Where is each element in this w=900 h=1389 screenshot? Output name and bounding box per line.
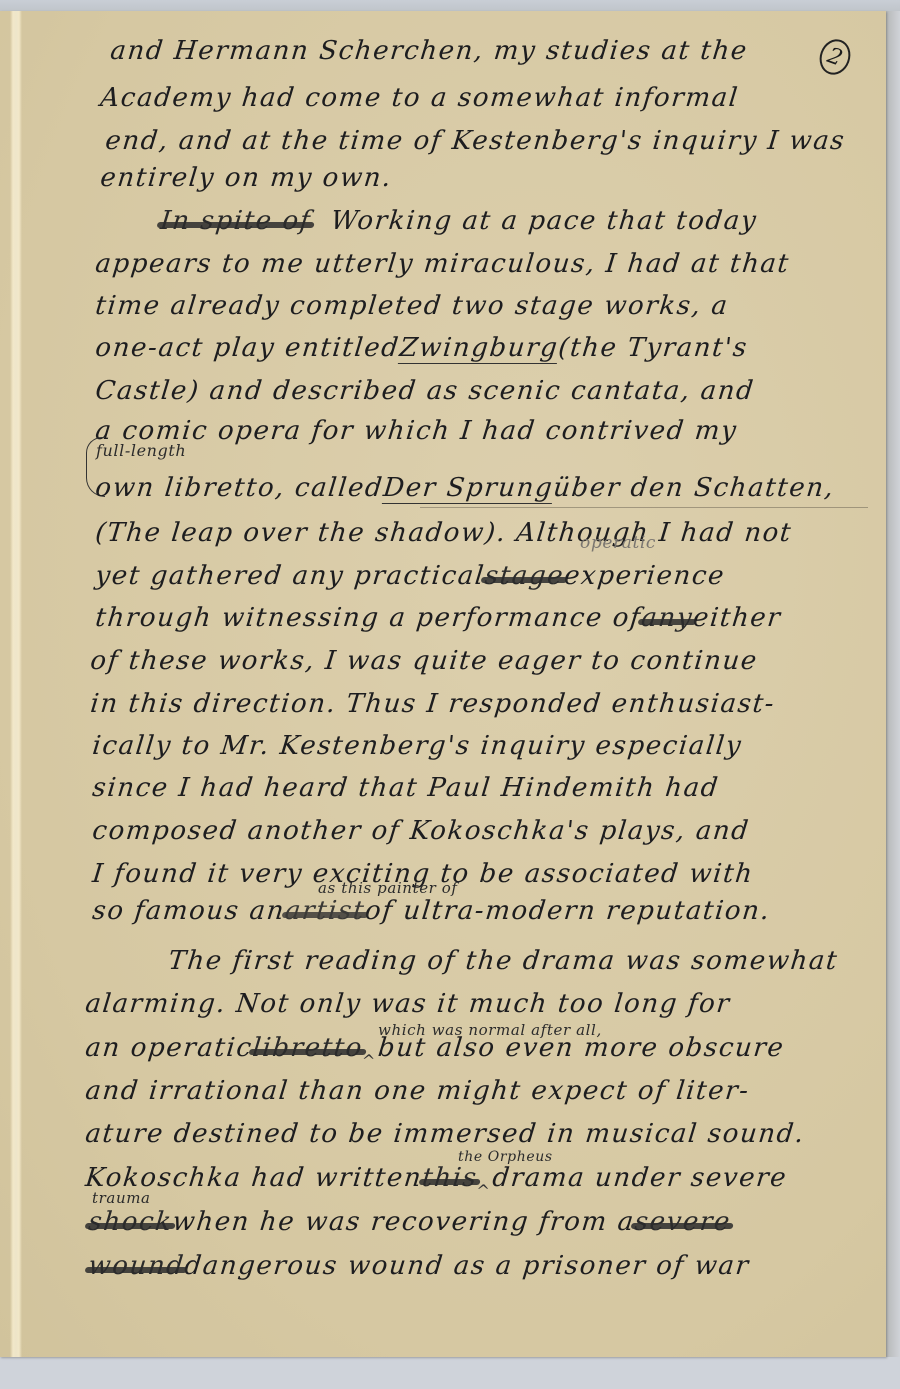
text-line-15: of these works, I was quite eager to con…	[88, 646, 900, 686]
manuscript-page: 2 and Hermann Scherchen, my studies at t…	[0, 11, 886, 1357]
text-line-18: since I had heard that Paul Hindemith ha…	[90, 773, 900, 813]
text-line-22: The first reading of the drama was somew…	[166, 946, 900, 986]
text-line-14: through witnessing a performance of any …	[93, 603, 900, 643]
struck-text: In spite of	[159, 206, 313, 236]
struck-text: wound	[87, 1251, 186, 1281]
text-line-7: time already completed two stage works, …	[93, 291, 900, 331]
insertion-caret-icon: ^	[361, 1051, 378, 1070]
text-line-13: yet gathered any practical stage experie…	[93, 561, 900, 601]
text-line-2: Academy had come to a somewhat informal	[98, 83, 900, 123]
text-line-12: (The leap over the shadow). Although I h…	[93, 518, 900, 558]
text-line-5: In spite of Working at a pace that today	[158, 206, 900, 246]
title-zwingburg: Zwingburg	[398, 333, 560, 364]
text-line-1: and Hermann Scherchen, my studies at the	[108, 36, 900, 76]
insertion-trauma: trauma	[92, 1189, 151, 1207]
insertion-operatic: operatic	[580, 533, 656, 553]
text-line-3: end, and at the time of Kestenberg's inq…	[103, 126, 900, 166]
insertion-as-this-painter-of: as this painter of	[318, 879, 458, 897]
struck-text: artist	[283, 896, 366, 926]
scan-bottom-border	[0, 1357, 900, 1389]
text-line-9: Castle) and described as scenic cantata,…	[93, 376, 900, 416]
text-line-4: entirely on my own.	[98, 163, 900, 203]
struck-text: shock	[87, 1207, 174, 1237]
struck-text: libretto	[251, 1033, 365, 1063]
text-line-6: appears to me utterly miraculous, I had …	[93, 249, 900, 289]
struck-text: any	[640, 603, 695, 633]
text-line-21: so famous an artist of ultra-modern repu…	[90, 896, 900, 936]
text-line-27: Kokoschka had written this^ drama under …	[83, 1163, 900, 1203]
text-line-28: shock when he was recovering from a seve…	[86, 1207, 900, 1247]
struck-text: severe	[633, 1207, 732, 1237]
insertion-full-length: full-length	[96, 441, 186, 460]
title-der-sprung: Der Sprung	[382, 473, 555, 504]
text-line-24: an operatic libretto^ but also even more…	[83, 1033, 900, 1073]
underline-rule	[420, 507, 868, 508]
text-line-17: ically to Mr. Kestenberg's inquiry espec…	[90, 731, 900, 771]
text-line-8: one-act play entitled Zwingburg (the Tyr…	[93, 333, 900, 373]
text-line-16: in this direction. Thus I responded enth…	[88, 689, 900, 729]
text-line-25: and irrational than one might expect of …	[83, 1076, 900, 1116]
text-line-19: composed another of Kokoschka's plays, a…	[90, 816, 900, 856]
text-line-29: wound dangerous wound as a prisoner of w…	[86, 1251, 900, 1291]
struck-text: stage	[483, 561, 565, 591]
text-line-20: I found it very exciting to be associate…	[90, 859, 900, 899]
insertion-caret-icon: ^	[475, 1181, 492, 1200]
text-line-10: a comic opera for which I had contrived …	[93, 416, 900, 456]
struck-text: this	[421, 1163, 479, 1193]
